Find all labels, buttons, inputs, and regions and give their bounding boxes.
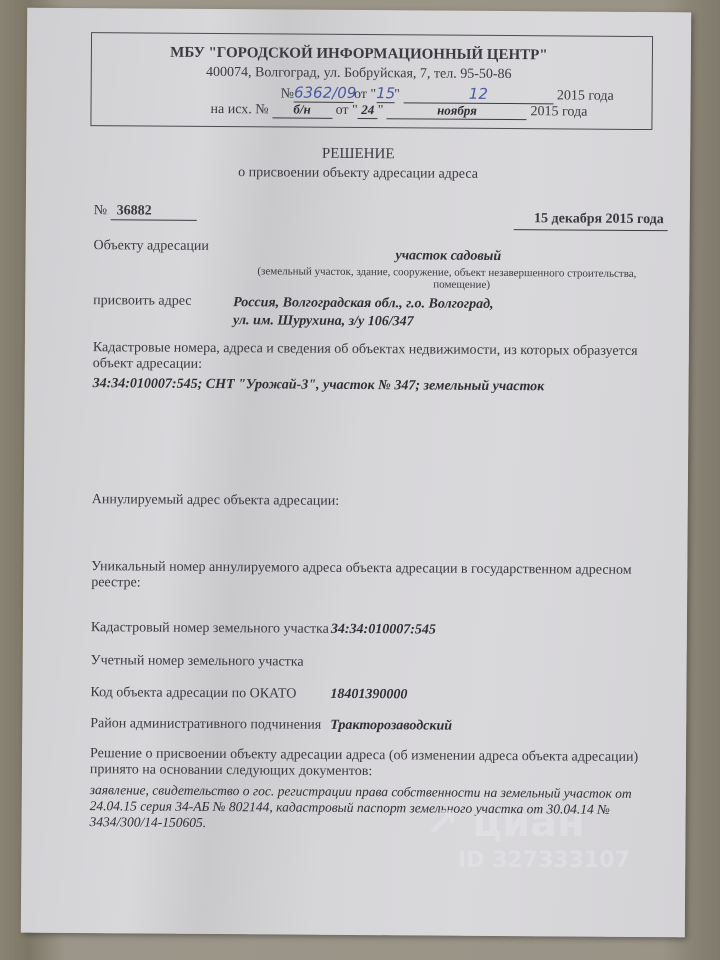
outgoing-month: 12 [403,84,553,104]
watermark-logo-icon: ↗ [425,800,459,846]
watermark-id: ID 327333107 [458,848,630,873]
land-cadastral-label: Кадастровый номер земельного участка [91,620,329,638]
basis-label-2: принято на основании следующих документо… [90,762,372,780]
outgoing-number: 6362/09 [294,84,354,103]
incoming-month: ноября [387,102,527,120]
outgoing-day: 15 [376,84,394,103]
decision-number: 36882 [111,203,197,221]
annulled-address-label: Аннулируемый адрес объекта адресации: [92,492,339,510]
basis-documents-line3: 3434/300/14-150605. [89,814,206,831]
object-hint-2: помещение) [433,279,490,291]
land-cadastral-value: 34:34:010007:545 [331,622,436,639]
unique-number-label: Уникальный номер аннулируемого адреса об… [91,559,631,579]
cadastral-sources-label-2: объект адресации: [93,356,202,373]
object-value: участок садовый [395,248,501,265]
district-value: Тракторозаводский [330,718,452,735]
incoming-ref-line: на исх. № б/н от "24" ноября 2015 года [210,101,587,121]
document-subtitle: о присвоении объекту адресации адреса [26,164,690,185]
incoming-day: 24 [358,102,378,119]
assigned-address-line2: ул. им. Шурухина, з/у 106/347 [233,313,414,330]
okato-value: 18401390000 [330,687,407,704]
object-label: Объекту адресации [94,238,209,255]
incoming-number: б/н [272,101,332,118]
unique-number-label-2: реестре: [91,575,141,591]
decision-number-row: № 36882 [94,203,197,221]
assign-address-label: присвоить адрес [93,293,191,310]
document-title: РЕШЕНИЕ [26,144,690,166]
watermark-brand: ↗ циан [425,800,585,846]
okato-label: Код объекта адресации по ОКАТО [90,685,296,702]
cadastral-sources-value: 34:34:010007:545; СНТ "Урожай-3", участо… [93,376,545,395]
decision-date: 15 декабря 2015 года [514,211,668,231]
document-sheet: МБУ "ГОРОДСКОЙ ИНФОРМАЦИОННЫЙ ЦЕНТР" 400… [21,8,691,938]
land-account-label: Учетный номер земельного участка [91,653,304,670]
district-label: Район административного подчинения [90,716,321,734]
assigned-address-line1: Россия, Волгоградская обл., г.о. Волгогр… [233,295,493,313]
